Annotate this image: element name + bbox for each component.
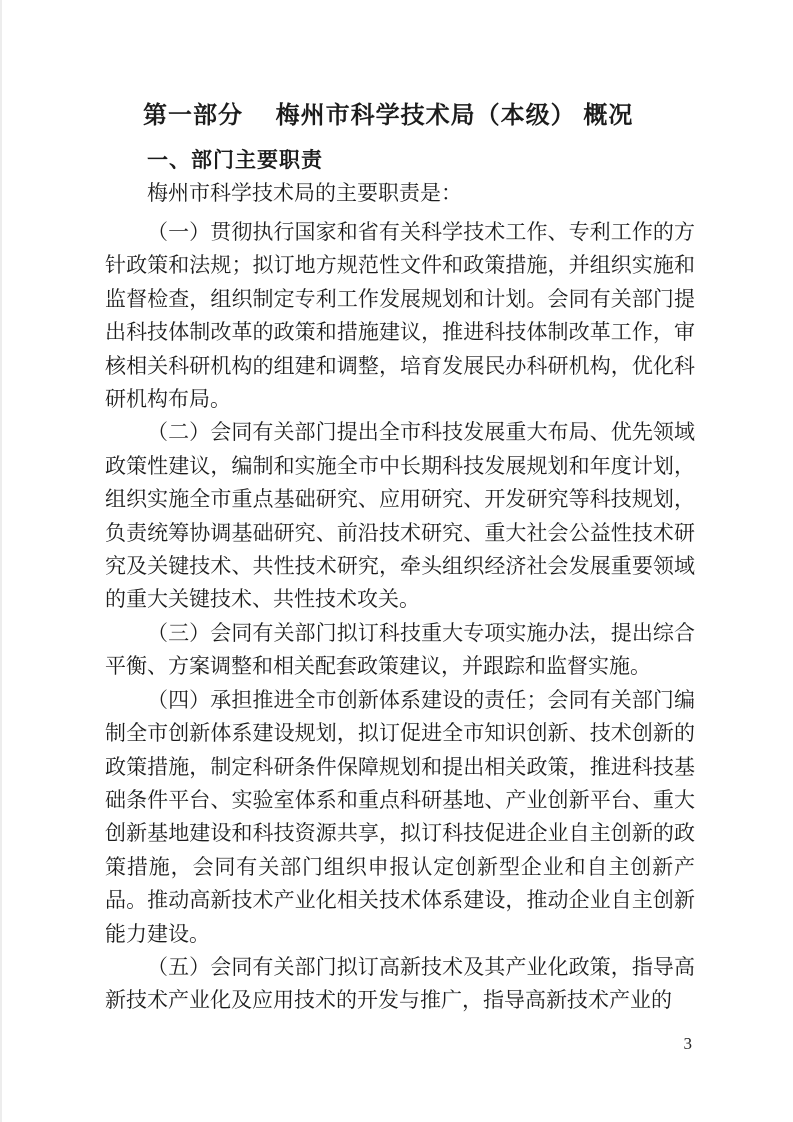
body-paragraph: （五）会同有关部门拟订高新技术及其产业化政策，指导高新技术产业化及应用技术的开发… [105, 951, 695, 1018]
document-page: 第一部分 梅州市科学技术局（本级） 概况 一、部门主要职责 梅州市科学技术局的主… [0, 0, 793, 1122]
page-content: 第一部分 梅州市科学技术局（本级） 概况 一、部门主要职责 梅州市科学技术局的主… [2, 0, 793, 1018]
section-heading: 一、部门主要职责 [147, 146, 695, 176]
page-title: 第一部分 梅州市科学技术局（本级） 概况 [143, 0, 695, 134]
body-paragraph: （四）承担推进全市创新体系建设的责任；会同有关部门编制全市创新体系建设规划，拟订… [105, 684, 695, 951]
body-paragraph: （二）会同有关部门提出全市科技发展重大布局、优先领域政策性建议，编制和实施全市中… [105, 416, 695, 616]
page-number: 3 [684, 1034, 693, 1054]
body-text: （一）贯彻执行国家和省有关科学技术工作、专利工作的方针政策和法规；拟订地方规范性… [105, 216, 695, 1018]
body-paragraph: （一）贯彻执行国家和省有关科学技术工作、专利工作的方针政策和法规；拟订地方规范性… [105, 216, 695, 416]
body-paragraph: （三）会同有关部门拟订科技重大专项实施办法，提出综合平衡、方案调整和相关配套政策… [105, 617, 695, 684]
intro-line: 梅州市科学技术局的主要职责是： [147, 178, 695, 208]
